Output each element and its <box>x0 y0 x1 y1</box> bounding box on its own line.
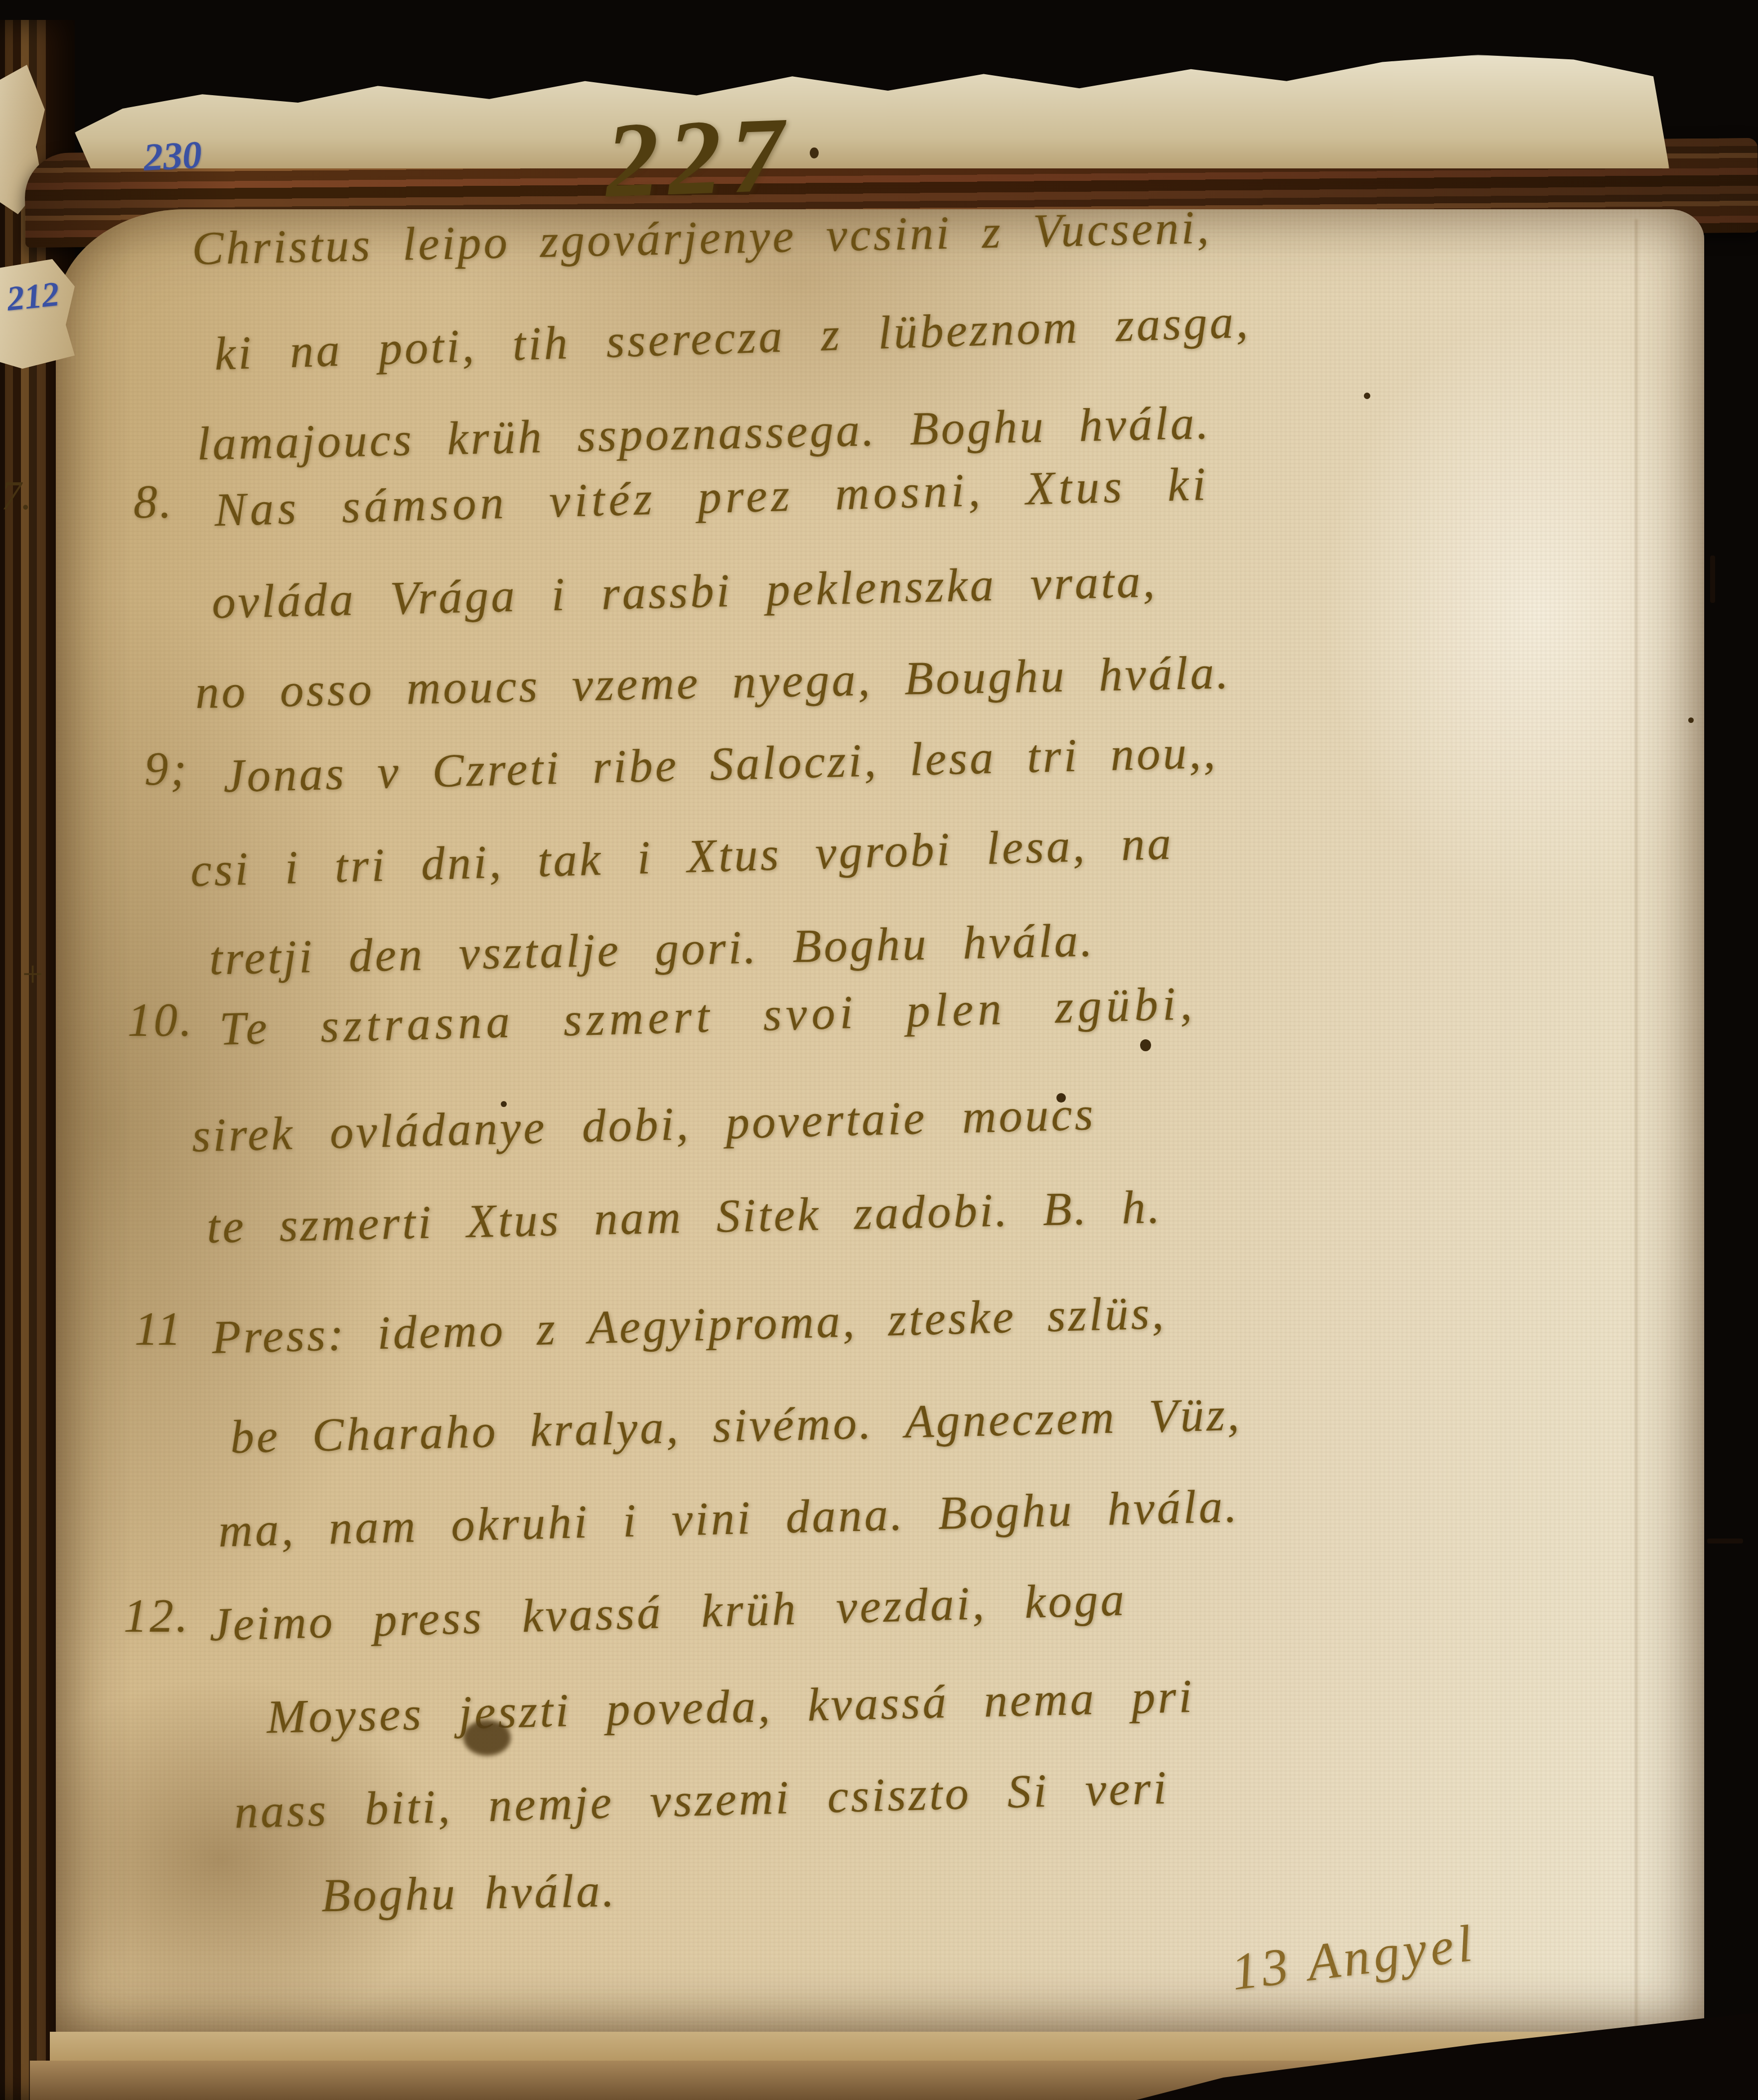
paragraph-number: 9; <box>145 745 189 793</box>
page-number: 227 <box>603 93 795 223</box>
ink-speck <box>1140 1039 1151 1051</box>
manuscript-scan: 230 212 7. + 227 Christus leipo zgovárje… <box>0 0 1758 2100</box>
paragraph-number: 10. <box>128 996 194 1044</box>
ink-speck <box>1364 393 1370 399</box>
ink-speck <box>501 1101 507 1107</box>
torn-top-edge <box>75 55 1669 174</box>
paragraph-number: 8. <box>134 478 174 526</box>
edge-ink-fragment: 7. <box>1 472 32 519</box>
margin-mark <box>1710 556 1715 603</box>
edge-ink-mark: + <box>20 954 45 996</box>
page-fold-line <box>1635 219 1637 2028</box>
paragraph-number: 12. <box>124 1592 190 1640</box>
pencil-folio-number-edge: 212 <box>5 275 61 320</box>
manuscript-line: Boghu hvála. <box>321 1867 617 1919</box>
ink-speck <box>1688 717 1694 723</box>
ink-speck <box>1056 1093 1066 1103</box>
ink-blot <box>463 1720 511 1756</box>
paragraph-number: 11 <box>135 1305 183 1353</box>
ink-speck <box>810 147 819 158</box>
margin-mark <box>1707 1539 1743 1543</box>
pencil-folio-number: 230 <box>143 132 203 180</box>
